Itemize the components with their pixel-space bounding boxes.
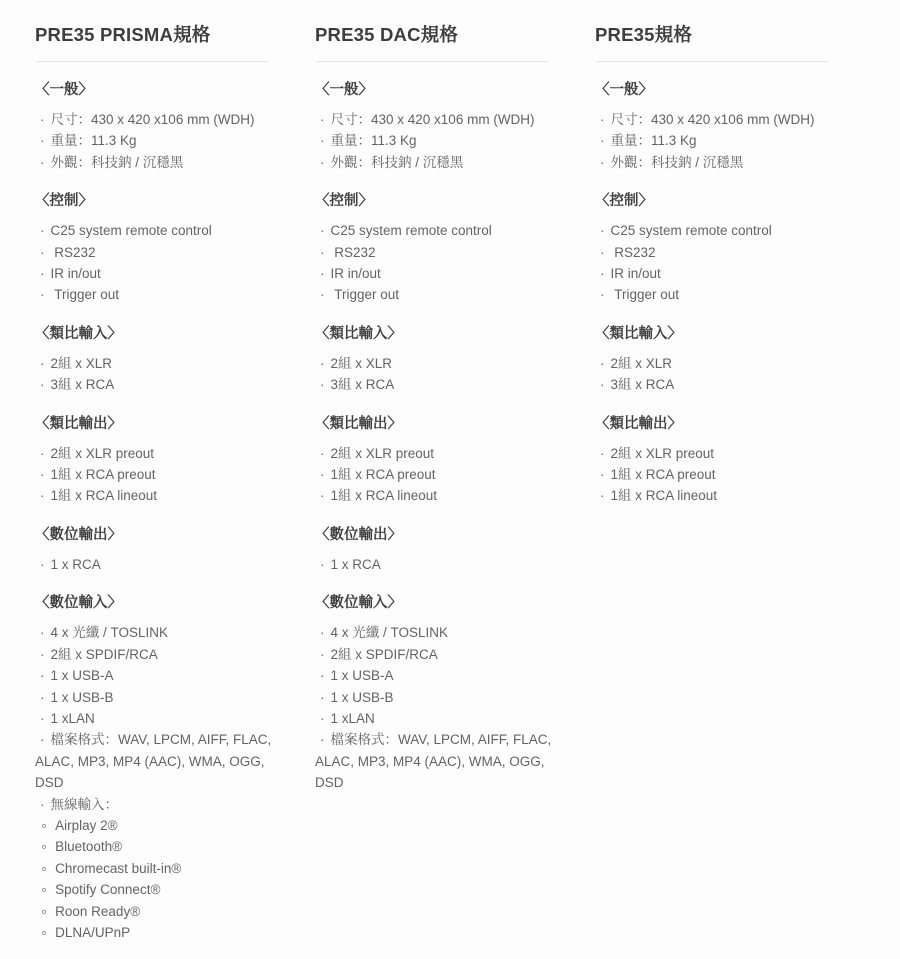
- spec-item: ·3組 x RCA: [315, 374, 567, 395]
- dot-bullet-icon: ·: [600, 446, 605, 461]
- spec-item: ·2組 x XLR: [35, 353, 287, 374]
- spec-item: ·重量：11.3 Kg: [315, 130, 567, 151]
- dot-bullet-icon: ·: [40, 356, 45, 371]
- spec-item: ·IR in/out: [595, 263, 847, 284]
- spec-section: 〈控制〉·C25 system remote control· RS232·IR…: [35, 192, 315, 306]
- dot-bullet-icon: ·: [40, 690, 45, 705]
- dot-bullet-icon: ·: [600, 467, 605, 482]
- spec-column-pre35-dac: PRE35 DAC規格 〈一般〉·尺寸：430 x 420 x106 mm (W…: [315, 22, 595, 943]
- spec-item: ·3組 x RCA: [595, 374, 847, 395]
- column-title: PRE35 PRISMA規格: [35, 22, 315, 47]
- spec-item: ·2組 x XLR preout: [595, 443, 847, 464]
- dot-bullet-icon: ·: [40, 266, 45, 281]
- dot-bullet-icon: ·: [600, 287, 605, 302]
- column-title: PRE35 DAC規格: [315, 22, 595, 47]
- spec-item: · RS232: [595, 242, 847, 263]
- spec-sections: 〈一般〉·尺寸：430 x 420 x106 mm (WDH)·重量：11.3 …: [595, 81, 875, 507]
- spec-item: ·2組 x XLR preout: [315, 443, 567, 464]
- spec-item: ·檔案格式：WAV, LPCM, AIFF, FLAC, ALAC, MP3, …: [315, 729, 567, 793]
- dot-bullet-icon: ·: [320, 711, 325, 726]
- spec-item: ·重量：11.3 Kg: [595, 130, 847, 151]
- dot-bullet-icon: ·: [320, 467, 325, 482]
- dot-bullet-icon: ·: [320, 446, 325, 461]
- spec-item: ·1 xLAN: [35, 708, 287, 729]
- dot-bullet-icon: ·: [40, 446, 45, 461]
- spec-item: ·1組 x RCA preout: [595, 464, 847, 485]
- spec-column-pre35: PRE35規格 〈一般〉·尺寸：430 x 420 x106 mm (WDH)·…: [595, 22, 875, 943]
- spec-item: ·1 x USB-A: [35, 665, 287, 686]
- section-heading: 〈類比輸出〉: [315, 415, 595, 433]
- dot-bullet-icon: ·: [320, 245, 325, 260]
- spec-item: ·1 x RCA: [35, 554, 287, 575]
- dot-bullet-icon: ·: [40, 223, 45, 238]
- dot-bullet-icon: ·: [40, 155, 45, 170]
- section-heading: 〈一般〉: [35, 81, 315, 99]
- dot-bullet-icon: ·: [40, 112, 45, 127]
- spec-section: 〈類比輸出〉·2組 x XLR preout·1組 x RCA preout·1…: [315, 415, 595, 507]
- spec-sections: 〈一般〉·尺寸：430 x 420 x106 mm (WDH)·重量：11.3 …: [35, 81, 315, 943]
- section-heading: 〈類比輸入〉: [315, 325, 595, 343]
- spec-item: ·1 x USB-B: [315, 687, 567, 708]
- dot-bullet-icon: ·: [600, 266, 605, 281]
- dot-bullet-icon: ·: [320, 625, 325, 640]
- section-heading: 〈類比輸入〉: [595, 325, 875, 343]
- dot-bullet-icon: ·: [320, 732, 325, 747]
- spec-item: ·外觀：科技鈉 / 沉穩黑: [595, 152, 847, 173]
- spec-item: · Trigger out: [315, 284, 567, 305]
- spec-item: ·C25 system remote control: [35, 220, 287, 241]
- section-heading: 〈一般〉: [595, 81, 875, 99]
- spec-item: ·2組 x XLR preout: [35, 443, 287, 464]
- spec-item: ·2組 x XLR: [315, 353, 567, 374]
- dot-bullet-icon: ·: [320, 287, 325, 302]
- section-heading: 〈控制〉: [315, 192, 595, 210]
- spec-item: ·1組 x RCA preout: [315, 464, 567, 485]
- spec-item: ·尺寸：430 x 420 x106 mm (WDH): [35, 109, 287, 130]
- title-divider: [595, 61, 828, 62]
- spec-section: 〈類比輸出〉·2組 x XLR preout·1組 x RCA preout·1…: [595, 415, 875, 507]
- spec-item: ·1組 x RCA lineout: [35, 485, 287, 506]
- spec-item: ·外觀：科技鈉 / 沉穩黑: [35, 152, 287, 173]
- spec-item: ·尺寸：430 x 420 x106 mm (WDH): [315, 109, 567, 130]
- spec-section: 〈類比輸入〉·2組 x XLR·3組 x RCA: [595, 325, 875, 396]
- spec-item: · RS232: [35, 242, 287, 263]
- spec-item: ·1組 x RCA lineout: [315, 485, 567, 506]
- dot-bullet-icon: ·: [320, 488, 325, 503]
- spec-section: 〈類比輸出〉·2組 x XLR preout·1組 x RCA preout·1…: [35, 415, 315, 507]
- spec-item: ∘Chromecast built-in®: [35, 858, 287, 879]
- spec-section: 〈一般〉·尺寸：430 x 420 x106 mm (WDH)·重量：11.3 …: [315, 81, 595, 173]
- column-title: PRE35規格: [595, 22, 875, 47]
- spec-section: 〈控制〉·C25 system remote control· RS232·IR…: [595, 192, 875, 306]
- dot-bullet-icon: ·: [40, 732, 45, 747]
- dot-bullet-icon: ·: [40, 377, 45, 392]
- spec-item: ·1 xLAN: [315, 708, 567, 729]
- spec-item: ·尺寸：430 x 420 x106 mm (WDH): [595, 109, 847, 130]
- dot-bullet-icon: ·: [320, 356, 325, 371]
- spec-item: ·3組 x RCA: [35, 374, 287, 395]
- section-heading: 〈控制〉: [35, 192, 315, 210]
- section-heading: 〈數位輸出〉: [35, 526, 315, 544]
- section-heading: 〈類比輸入〉: [35, 325, 315, 343]
- dot-bullet-icon: ·: [40, 647, 45, 662]
- spec-item: ∘Bluetooth®: [35, 836, 287, 857]
- dot-bullet-icon: ·: [40, 133, 45, 148]
- title-divider: [315, 61, 548, 62]
- dot-bullet-icon: ·: [40, 245, 45, 260]
- spec-section: 〈數位輸入〉·4 x 光纖 / TOSLINK·2組 x SPDIF/RCA·1…: [315, 594, 595, 793]
- section-heading: 〈控制〉: [595, 192, 875, 210]
- dot-bullet-icon: ·: [320, 223, 325, 238]
- spec-sections: 〈一般〉·尺寸：430 x 420 x106 mm (WDH)·重量：11.3 …: [315, 81, 595, 794]
- spec-item: ·C25 system remote control: [595, 220, 847, 241]
- spec-item: ·2組 x SPDIF/RCA: [35, 644, 287, 665]
- dot-bullet-icon: ·: [40, 488, 45, 503]
- product-spec-page: PRE35 PRISMA規格 〈一般〉·尺寸：430 x 420 x106 mm…: [0, 0, 900, 959]
- spec-item: ·2組 x XLR: [595, 353, 847, 374]
- spec-section: 〈類比輸入〉·2組 x XLR·3組 x RCA: [315, 325, 595, 396]
- spec-section: 〈數位輸出〉·1 x RCA: [35, 526, 315, 575]
- ring-bullet-icon: ∘: [40, 839, 48, 854]
- dot-bullet-icon: ·: [320, 377, 325, 392]
- dot-bullet-icon: ·: [40, 625, 45, 640]
- spec-item: · Trigger out: [35, 284, 287, 305]
- dot-bullet-icon: ·: [320, 647, 325, 662]
- ring-bullet-icon: ∘: [40, 904, 48, 919]
- spec-item: · RS232: [315, 242, 567, 263]
- spec-item: ·2組 x SPDIF/RCA: [315, 644, 567, 665]
- spec-item: ·4 x 光纖 / TOSLINK: [35, 622, 287, 643]
- dot-bullet-icon: ·: [40, 287, 45, 302]
- spec-item: ·外觀：科技鈉 / 沉穩黑: [315, 152, 567, 173]
- spec-item: ·1 x USB-A: [315, 665, 567, 686]
- spec-section: 〈控制〉·C25 system remote control· RS232·IR…: [315, 192, 595, 306]
- title-divider: [35, 61, 268, 62]
- dot-bullet-icon: ·: [320, 133, 325, 148]
- spec-section: 〈一般〉·尺寸：430 x 420 x106 mm (WDH)·重量：11.3 …: [35, 81, 315, 173]
- spec-section: 〈類比輸入〉·2組 x XLR·3組 x RCA: [35, 325, 315, 396]
- spec-section: 〈數位輸出〉·1 x RCA: [315, 526, 595, 575]
- dot-bullet-icon: ·: [40, 467, 45, 482]
- dot-bullet-icon: ·: [320, 668, 325, 683]
- spec-item: ∘Roon Ready®: [35, 901, 287, 922]
- spec-item: ·1 x RCA: [315, 554, 567, 575]
- dot-bullet-icon: ·: [600, 133, 605, 148]
- dot-bullet-icon: ·: [40, 797, 45, 812]
- dot-bullet-icon: ·: [600, 112, 605, 127]
- section-heading: 〈一般〉: [315, 81, 595, 99]
- spec-item: ∘Airplay 2®: [35, 815, 287, 836]
- dot-bullet-icon: ·: [600, 377, 605, 392]
- dot-bullet-icon: ·: [40, 557, 45, 572]
- ring-bullet-icon: ∘: [40, 861, 48, 876]
- section-heading: 〈數位輸入〉: [315, 594, 595, 612]
- dot-bullet-icon: ·: [600, 155, 605, 170]
- dot-bullet-icon: ·: [600, 245, 605, 260]
- section-heading: 〈類比輸出〉: [35, 415, 315, 433]
- spec-item: ·檔案格式：WAV, LPCM, AIFF, FLAC, ALAC, MP3, …: [35, 729, 287, 793]
- spec-item: ∘Spotify Connect®: [35, 879, 287, 900]
- spec-item: ·4 x 光纖 / TOSLINK: [315, 622, 567, 643]
- ring-bullet-icon: ∘: [40, 818, 48, 833]
- dot-bullet-icon: ·: [320, 690, 325, 705]
- spec-item: ·C25 system remote control: [315, 220, 567, 241]
- spec-item: ·1組 x RCA preout: [35, 464, 287, 485]
- section-heading: 〈數位輸出〉: [315, 526, 595, 544]
- section-heading: 〈類比輸出〉: [595, 415, 875, 433]
- dot-bullet-icon: ·: [320, 266, 325, 281]
- spec-item: ·1 x USB-B: [35, 687, 287, 708]
- spec-item: · Trigger out: [595, 284, 847, 305]
- ring-bullet-icon: ∘: [40, 925, 48, 940]
- spec-section: 〈一般〉·尺寸：430 x 420 x106 mm (WDH)·重量：11.3 …: [595, 81, 875, 173]
- section-heading: 〈數位輸入〉: [35, 594, 315, 612]
- spec-section: 〈數位輸入〉·4 x 光纖 / TOSLINK·2組 x SPDIF/RCA·1…: [35, 594, 315, 943]
- dot-bullet-icon: ·: [600, 488, 605, 503]
- ring-bullet-icon: ∘: [40, 882, 48, 897]
- spec-item: ·1組 x RCA lineout: [595, 485, 847, 506]
- spec-item: ·無線輸入：: [35, 794, 287, 815]
- spec-item: ∘DLNA/UPnP: [35, 922, 287, 943]
- dot-bullet-icon: ·: [320, 112, 325, 127]
- spec-item: ·IR in/out: [35, 263, 287, 284]
- dot-bullet-icon: ·: [40, 668, 45, 683]
- dot-bullet-icon: ·: [40, 711, 45, 726]
- dot-bullet-icon: ·: [600, 356, 605, 371]
- spec-column-pre35-prisma: PRE35 PRISMA規格 〈一般〉·尺寸：430 x 420 x106 mm…: [35, 22, 315, 943]
- spec-item: ·IR in/out: [315, 263, 567, 284]
- dot-bullet-icon: ·: [320, 155, 325, 170]
- spec-item: ·重量：11.3 Kg: [35, 130, 287, 151]
- dot-bullet-icon: ·: [600, 223, 605, 238]
- spec-columns: PRE35 PRISMA規格 〈一般〉·尺寸：430 x 420 x106 mm…: [0, 0, 900, 943]
- dot-bullet-icon: ·: [320, 557, 325, 572]
